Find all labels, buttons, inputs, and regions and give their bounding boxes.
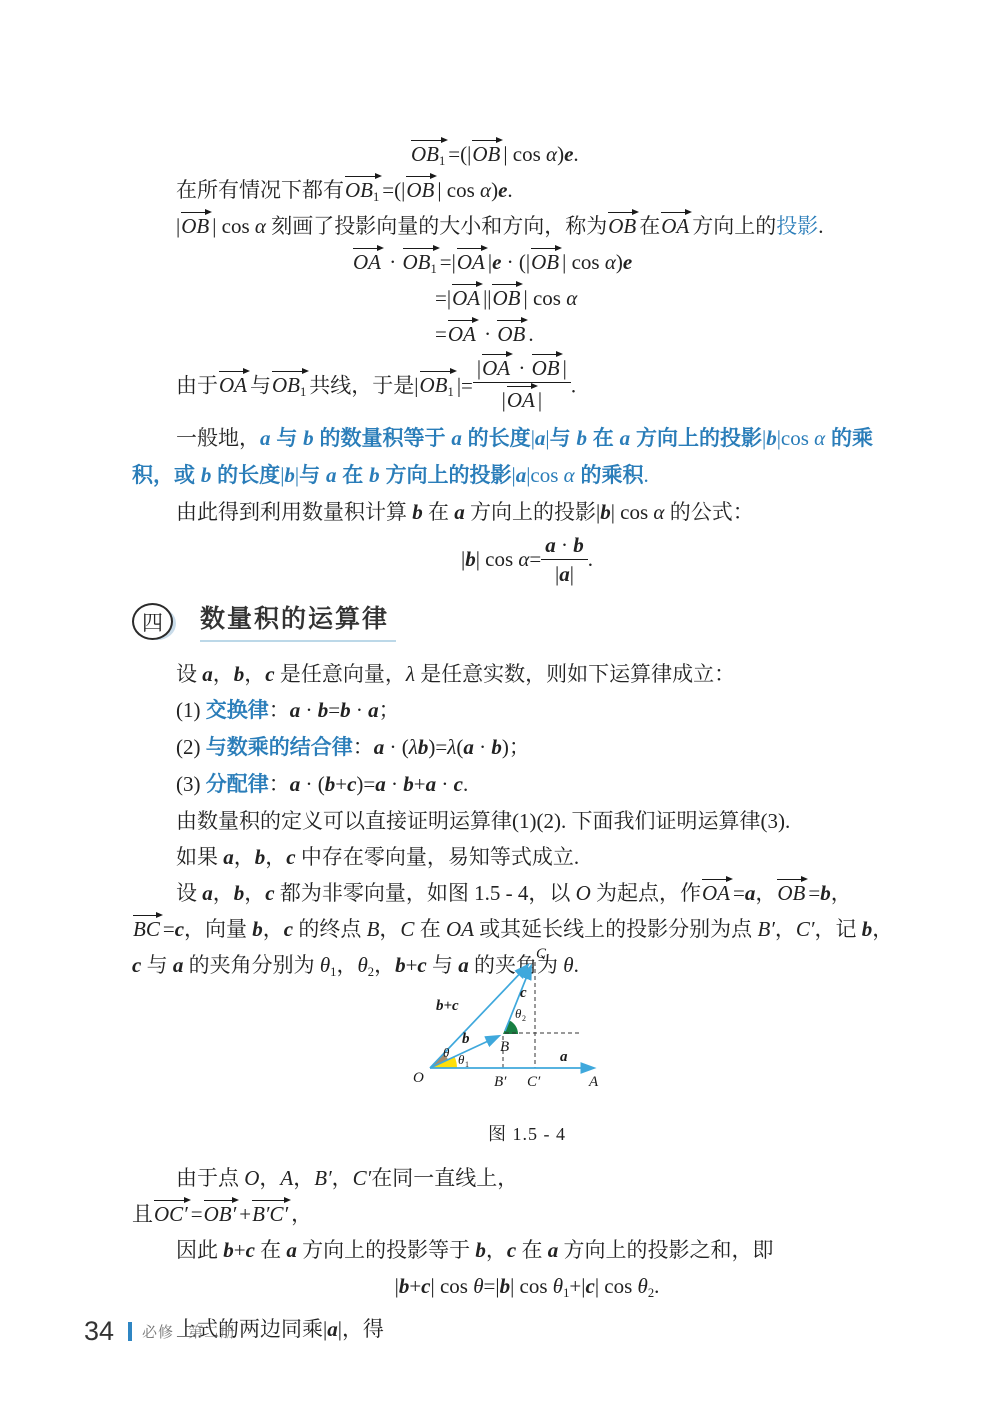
section-number-bubble: 四: [132, 603, 170, 637]
section-title-wrap: 数量积的运算律: [200, 599, 396, 642]
label-theta: θ: [443, 1045, 450, 1060]
law-distributive: (3) 分配律：a · (b+c)=a · b+a · c.: [132, 766, 922, 803]
paragraph-setup-line2: BC=c，向量 b，c 的终点 B，C 在 OA 或其延长线上的投影分别为点 B…: [132, 911, 922, 947]
angle-theta2-wedge: [503, 1020, 518, 1034]
footer-volume: 第二册: [188, 1321, 236, 1342]
label-B: B: [500, 1039, 509, 1055]
label-vector-b-plus-c: b+c: [436, 998, 459, 1014]
formula-dot-product-line1: OA · OB1=|OA|e · (|OB| cos α)e: [352, 244, 922, 280]
paragraph-proof-intro: 由数量积的定义可以直接证明运算律(1)(2). 下面我们证明运算律(3).: [132, 803, 922, 839]
section-header: 四 数量积的运算律: [132, 598, 922, 642]
formula-dot-product-line3: =OA · OB.: [435, 316, 922, 352]
paragraph-projection-sum: 因此 b+c 在 a 方向上的投影等于 b，c 在 a 方向上的投影之和，即: [132, 1232, 922, 1268]
footer-divider-bar: [128, 1322, 132, 1341]
label-theta1: θ: [458, 1052, 465, 1067]
footer-book-title: 必修: [142, 1321, 174, 1342]
paragraph-collinear-fraction: 由于OA与OB1共线，于是|OB1|=|OA · OB||OA|.: [132, 352, 922, 414]
label-C-prime: C′: [527, 1074, 541, 1090]
paragraph-blue-emphasis-line2: 积，或 b 的长度|b|与 a 在 b 方向上的投影|a|cos α 的乘积.: [132, 457, 922, 494]
paragraph-multiply-both-sides: 上式的两边同乘|a|，得: [132, 1311, 922, 1347]
label-vector-a: a: [560, 1049, 568, 1065]
figure-1-5-4: O A B C B′ C′ a b c b+c θ θ 1 θ 2: [400, 944, 630, 1100]
paragraph-collinear-points: 由于点 O，A，B′，C′在同一直线上，: [132, 1160, 922, 1196]
label-B-prime: B′: [494, 1074, 507, 1090]
page-footer: 34 必修 第二册: [84, 1316, 236, 1347]
section-title: 数量积的运算律: [200, 599, 396, 635]
section-title-underline: [200, 640, 396, 642]
paragraph-formula-intro: 由此得到利用数量积计算 b 在 a 方向上的投影|b| cos α 的公式：: [132, 494, 922, 530]
law-scalar-associative: (2) 与数乘的结合律：a · (λb)=λ(a · b)；: [132, 729, 922, 766]
label-theta2-sub: 2: [522, 1014, 526, 1023]
label-C: C: [536, 946, 547, 962]
figure-caption: 图 1.5 - 4: [132, 1116, 922, 1152]
formula-dot-product-line2: =|OA||OB| cos α: [435, 280, 922, 316]
label-theta1-sub: 1: [465, 1060, 469, 1069]
label-vector-c: c: [520, 985, 527, 1001]
section-number: 四: [132, 603, 173, 640]
label-O: O: [413, 1070, 424, 1086]
paragraph-projection-definition: |OB| cos α 刻画了投影向量的大小和方向，称为OB在OA方向上的投影.: [132, 208, 922, 244]
paragraph-laws-intro: 设 a，b，c 是任意向量，λ 是任意实数，则如下运算律成立：: [132, 656, 922, 692]
paragraph-blue-emphasis-line1: 一般地，a 与 b 的数量积等于 a 的长度|a|与 b 在 a 方向上的投影|…: [132, 420, 922, 457]
label-theta2: θ: [515, 1006, 522, 1021]
formula-projection-sum: |b+c| cos θ=|b| cos θ1+|c| cos θ2.: [132, 1268, 922, 1311]
textbook-page: OB1=(|OB| cos α)e. 在所有情况下都有OB1=(|OB| cos…: [0, 0, 1000, 1420]
paragraph-vector-sum: 且OC′=OB′+B′C′，: [132, 1196, 922, 1232]
formula-projection-vector: OB1=(|OB| cos α)e.: [410, 136, 922, 172]
law-commutative: (1) 交换律：a · b=b · a；: [132, 692, 922, 729]
label-A: A: [588, 1074, 599, 1090]
paragraph-zero-vector-case: 如果 a，b，c 中存在零向量，易知等式成立.: [132, 839, 922, 875]
page-number: 34: [84, 1316, 114, 1347]
paragraph-setup-line1: 设 a，b，c 都为非零向量，如图 1.5 - 4，以 O 为起点，作OA=a，…: [132, 875, 922, 911]
page-content: OB1=(|OB| cos α)e. 在所有情况下都有OB1=(|OB| cos…: [132, 0, 922, 1347]
paragraph-all-cases: 在所有情况下都有OB1=(|OB| cos α)e.: [132, 172, 922, 208]
label-vector-b: b: [462, 1031, 470, 1047]
formula-projection-cos: |b| cos α=a · b|a|.: [132, 530, 922, 588]
